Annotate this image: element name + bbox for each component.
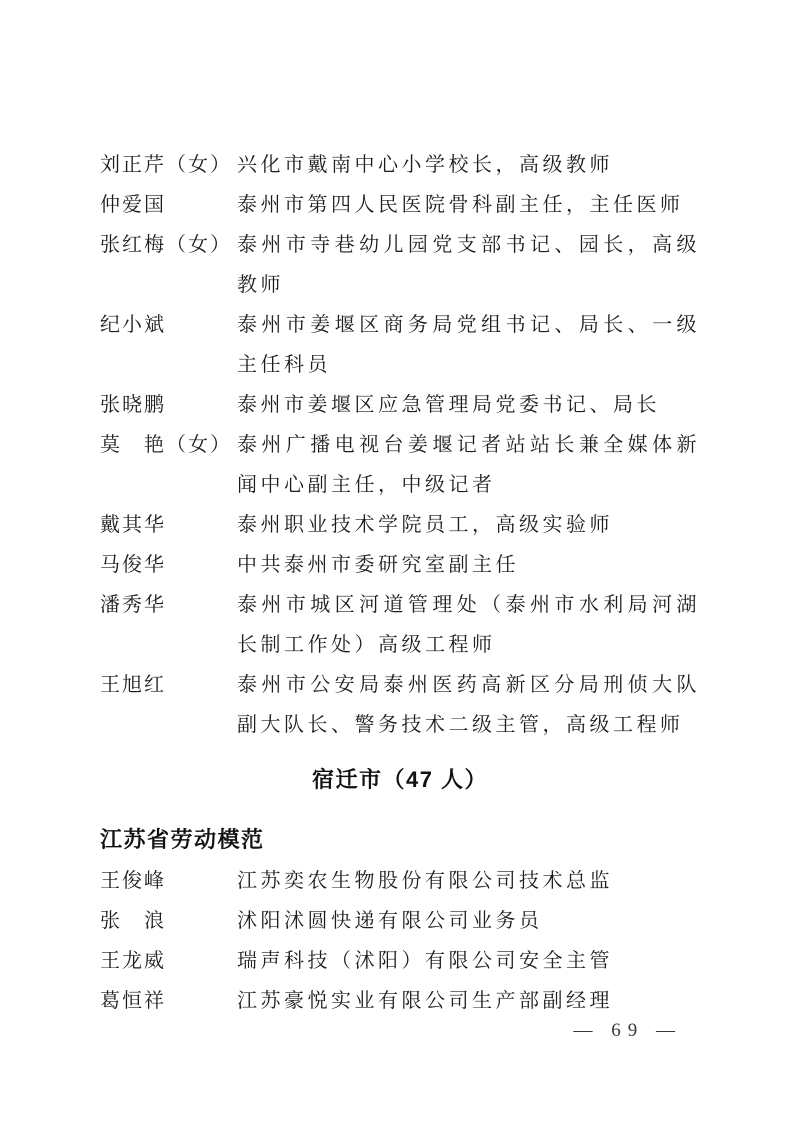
- entry-description: 泰州市第四人民医院骨科副主任，主任医师: [237, 185, 700, 225]
- entry-name: 张晓鹏: [100, 385, 237, 425]
- entry-row: 王旭红 泰州市公安局泰州医药高新区分局刑侦大队副大队长、警务技术二级主管，高级工…: [100, 665, 700, 745]
- entry-description: 沭阳沭圆快递有限公司业务员: [237, 901, 700, 941]
- entry-name: 纪小斌: [100, 305, 237, 345]
- document-content: 刘正芹（女） 兴化市戴南中心小学校长，高级教师 仲爱国 泰州市第四人民医院骨科副…: [100, 145, 700, 1021]
- entry-description: 泰州市寺巷幼儿园党支部书记、园长，高级教师: [237, 225, 700, 305]
- city-section-header: 宿迁市（47 人）: [100, 759, 700, 801]
- entry-name: 刘正芹（女）: [100, 145, 237, 185]
- entry-name: 仲爱国: [100, 185, 237, 225]
- entry-row: 潘秀华 泰州市城区河道管理处（泰州市水利局河湖长制工作处）高级工程师: [100, 585, 700, 665]
- entry-row: 仲爱国 泰州市第四人民医院骨科副主任，主任医师: [100, 185, 700, 225]
- entry-row: 纪小斌 泰州市姜堰区商务局党组书记、局长、一级主任科员: [100, 305, 700, 385]
- entry-name: 王俊峰: [100, 861, 237, 901]
- entry-description: 泰州市公安局泰州医药高新区分局刑侦大队副大队长、警务技术二级主管，高级工程师: [237, 665, 700, 745]
- entry-row: 王俊峰 江苏奕农生物股份有限公司技术总监: [100, 861, 700, 901]
- entry-name: 张 浪: [100, 901, 237, 941]
- entry-description: 瑞声科技（沭阳）有限公司安全主管: [237, 941, 700, 981]
- entry-row: 戴其华 泰州职业技术学院员工，高级实验师: [100, 505, 700, 545]
- entry-row: 莫 艳（女） 泰州广播电视台姜堰记者站站长兼全媒体新闻中心副主任，中级记者: [100, 425, 700, 505]
- page-number: — 69 —: [574, 1020, 683, 1042]
- entry-name: 马俊华: [100, 545, 237, 585]
- entry-description: 泰州职业技术学院员工，高级实验师: [237, 505, 700, 545]
- entry-name: 戴其华: [100, 505, 237, 545]
- entry-description: 泰州广播电视台姜堰记者站站长兼全媒体新闻中心副主任，中级记者: [237, 425, 700, 505]
- entry-name: 王龙威: [100, 941, 237, 981]
- document-page: 刘正芹（女） 兴化市戴南中心小学校长，高级教师 仲爱国 泰州市第四人民医院骨科副…: [0, 0, 800, 1131]
- entry-description: 泰州市姜堰区商务局党组书记、局长、一级主任科员: [237, 305, 700, 385]
- entry-description: 泰州市姜堰区应急管理局党委书记、局长: [237, 385, 700, 425]
- entry-row: 刘正芹（女） 兴化市戴南中心小学校长，高级教师: [100, 145, 700, 185]
- entry-description: 中共泰州市委研究室副主任: [237, 545, 700, 585]
- entry-row: 张 浪 沭阳沭圆快递有限公司业务员: [100, 901, 700, 941]
- entry-row: 马俊华 中共泰州市委研究室副主任: [100, 545, 700, 585]
- entry-description: 泰州市城区河道管理处（泰州市水利局河湖长制工作处）高级工程师: [237, 585, 700, 665]
- entry-row: 张晓鹏 泰州市姜堰区应急管理局党委书记、局长: [100, 385, 700, 425]
- entry-name: 葛恒祥: [100, 981, 237, 1021]
- entry-row: 王龙威 瑞声科技（沭阳）有限公司安全主管: [100, 941, 700, 981]
- entry-row: 葛恒祥 江苏豪悦实业有限公司生产部副经理: [100, 981, 700, 1021]
- entry-row: 张红梅（女） 泰州市寺巷幼儿园党支部书记、园长，高级教师: [100, 225, 700, 305]
- entry-description: 兴化市戴南中心小学校长，高级教师: [237, 145, 700, 185]
- entry-name: 王旭红: [100, 665, 237, 705]
- entry-name: 莫 艳（女）: [100, 425, 237, 465]
- entry-description: 江苏豪悦实业有限公司生产部副经理: [237, 981, 700, 1021]
- entry-description: 江苏奕农生物股份有限公司技术总监: [237, 861, 700, 901]
- award-category-header: 江苏省劳动模范: [100, 819, 700, 861]
- entry-name: 张红梅（女）: [100, 225, 237, 265]
- entry-name: 潘秀华: [100, 585, 237, 625]
